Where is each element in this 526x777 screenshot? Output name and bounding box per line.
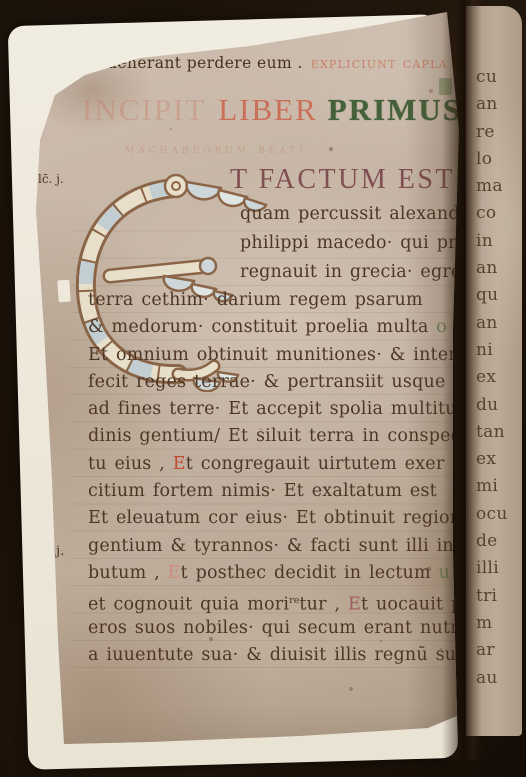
facing-text-fragment: an: [476, 91, 508, 118]
facing-text-fragment: an: [476, 255, 508, 282]
facing-page-edge: cuanrelomacoinanquanniexdutanexmiocudeil…: [466, 6, 522, 736]
text-segment: a iuuentute sua· & diuisit illis regnū s…: [88, 645, 468, 665]
text-segment: re: [289, 595, 299, 606]
facing-text-fragment: ocu: [476, 501, 508, 528]
text-segment: t uocauit pu: [361, 595, 474, 615]
text-segment: t posthec decidit in lectum: [181, 563, 439, 583]
text-segment: tu eius ,: [88, 454, 173, 474]
manuscript-line: gentium & tyrannos· & facti sunt illi in…: [88, 533, 470, 560]
manuscript-line: regnauit in grecia· egressus de: [88, 258, 470, 287]
text-segment: dinis gentium/ Et siluit terra in conspe…: [88, 426, 461, 446]
facing-text-fragment: de: [476, 528, 508, 555]
manuscript-page: uenerant perdere eum .expliciunt capla I…: [30, 8, 466, 750]
text-segment: E: [173, 454, 186, 474]
manuscript-line: Et omnium obtinuit munitiones· & inter: [88, 342, 470, 369]
green-initial-fragment: [439, 78, 452, 95]
primus-word: PRIMUS: [328, 92, 462, 127]
facing-text-fragment: tan: [476, 419, 508, 446]
text-segment: tur ,: [299, 595, 348, 615]
explicit-rubric: expliciunt capla: [311, 54, 448, 72]
manuscript-line: dinis gentium/ Et siluit terra in conspe…: [88, 423, 470, 450]
text-segment: eros suos nobiles· qui secum erant nutri…: [88, 618, 478, 638]
text-segment: philippi macedo· qui primus: [240, 233, 500, 253]
manuscript-line: tu eius , Et congregauit uirtutem exer: [88, 451, 470, 478]
manuscript-line: Et eleuatum cor eius· Et obtinuit region…: [88, 505, 470, 532]
facing-text-fragment: mi: [476, 473, 508, 500]
text-segment: ad fines terre· Et accepit spolia multit…: [88, 399, 463, 419]
faded-rubric-line: machabeorum beati: [125, 142, 307, 157]
facing-text-fragment: qu: [476, 282, 508, 309]
manuscript-photo: cuanrelomacoinanquanniexdutanexmiocudeil…: [0, 0, 526, 777]
facing-text-fragment: ma: [476, 173, 508, 200]
manuscript-line: butum , Et posthec decidit in lectum u: [88, 560, 470, 587]
manuscript-line: philippi macedo· qui primus: [88, 229, 470, 258]
manuscript-line: eros suos nobiles· qui secum erant nutri…: [88, 615, 470, 642]
facing-text-fragment: lo: [476, 146, 508, 173]
text-segment: Et eleuatum cor eius· Et obtinuit region…: [88, 508, 481, 528]
text-segment: terra cethim· darium regem psarum: [88, 290, 423, 310]
manuscript-line: terra cethim· darium regem psarum: [88, 287, 470, 314]
facing-text-fragment: illi: [476, 555, 508, 582]
facing-text-fragment: tri: [476, 583, 508, 610]
text-segment: E: [168, 563, 181, 583]
facing-text-fragment: ex: [476, 364, 508, 391]
facing-text-fragment: ni: [476, 337, 508, 364]
manuscript-line: et cognouit quia moriretur , Et uocauit …: [88, 587, 470, 614]
facing-page-text-fragments: cuanrelomacoinanquanniexdutanexmiocudeil…: [476, 64, 508, 692]
manuscript-line: ad fines terre· Et accepit spolia multit…: [88, 396, 470, 423]
text-segment: butum ,: [88, 563, 168, 583]
text-segment: citium fortem nimis· Et exaltatum est: [88, 481, 437, 501]
manuscript-line: a iuuentute sua· & diuisit illis regnū s…: [88, 642, 470, 669]
text-segment: quam percussit alexander: [240, 204, 479, 224]
body-text-block: quam percussit alexanderphilippi macedo·…: [88, 200, 470, 669]
text-segment: & medorum· constituit proelia multa: [88, 317, 436, 337]
manuscript-line: fecit reges terrae· & pertransiit usque: [88, 369, 470, 396]
facing-text-fragment: au: [476, 665, 508, 692]
facing-text-fragment: ar: [476, 637, 508, 664]
facing-text-fragment: re: [476, 119, 508, 146]
facing-text-fragment: cu: [476, 64, 508, 91]
facing-text-fragment: in: [476, 228, 508, 255]
text-segment: et cognouit quia mori: [88, 595, 289, 615]
parchment-speckles: [30, 8, 32, 10]
liber-word: LIBER: [218, 92, 318, 127]
catchline: uenerant perdere eum .expliciunt capla: [107, 54, 448, 72]
manuscript-line: citium fortem nimis· Et exaltatum est: [88, 478, 470, 505]
text-segment: E: [348, 595, 361, 615]
facing-text-fragment: du: [476, 392, 508, 419]
text-segment: o: [436, 317, 447, 337]
facing-text-fragment: an: [476, 310, 508, 337]
text-segment: gentium & tyrannos· & facti sunt illi in…: [88, 536, 483, 556]
incipit-title: INCIPITLIBERPRIMUS·∴·: [82, 92, 497, 128]
manuscript-line: & medorum· constituit proelia multa o: [88, 314, 470, 341]
manuscript-line: quam percussit alexander: [88, 200, 470, 229]
mount-tab: [57, 280, 71, 303]
text-segment: fecit reges terrae· & pertransiit usque: [88, 372, 446, 392]
facing-text-fragment: co: [476, 200, 508, 227]
text-segment: u: [439, 563, 450, 583]
facing-text-fragment: ex: [476, 446, 508, 473]
incipit-word: INCIPIT: [82, 92, 206, 127]
text-segment: t congregauit uirtutem exer: [186, 454, 445, 474]
text-segment: Et omnium obtinuit munitiones· & inter: [88, 345, 457, 365]
facing-text-fragment: m: [476, 610, 508, 637]
